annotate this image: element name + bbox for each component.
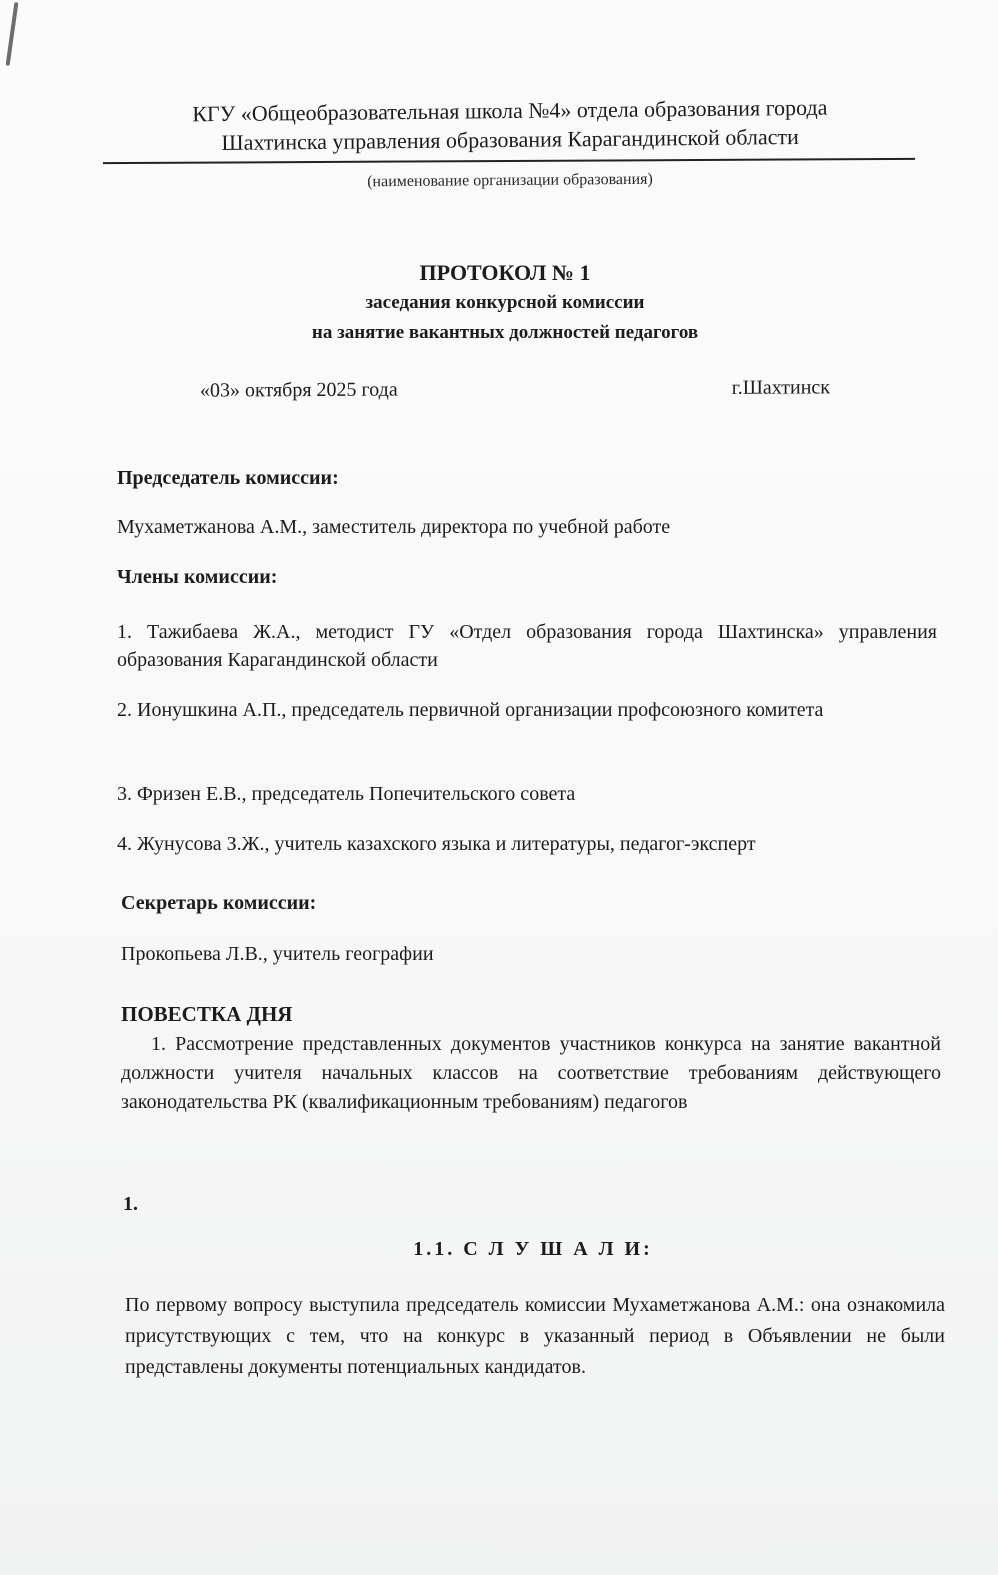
meeting-date: «03» октября 2025 года — [200, 379, 398, 403]
heard-text: По первому вопросу выступила председател… — [125, 1290, 945, 1383]
members-heading: Члены комиссии: — [117, 563, 937, 591]
header-underline — [103, 158, 915, 164]
protocol-subtitle-1: заседания конкурсной комиссии — [180, 288, 830, 318]
member-4: 4. Жунусова З.Ж., учитель казахского язы… — [117, 830, 937, 858]
document-page: КГУ «Общеобразовательная школа №4» отдел… — [0, 0, 998, 1575]
chair-text: Мухаметжанова А.М., заместитель директор… — [117, 513, 937, 541]
agenda-item-1: 1. Рассмотрение представленных документо… — [121, 1030, 941, 1117]
agenda-heading: ПОВЕСТКА ДНЯ — [121, 1000, 941, 1028]
member-1: 1. Тажибаева Ж.А., методист ГУ «Отдел об… — [117, 618, 937, 674]
secretary-heading: Секретарь комиссии: — [121, 889, 941, 917]
heard-subheading: 1.1. С Л У Ш А Л И: — [123, 1235, 943, 1263]
protocol-subtitle-2: на занятие вакантных должностей педагого… — [180, 318, 830, 348]
secretary-text: Прокопьева Л.В., учитель географии — [121, 940, 941, 968]
protocol-number: ПРОТОКОЛ № 1 — [180, 258, 830, 288]
section-number: 1. — [123, 1190, 943, 1218]
date-city-row: «03» октября 2025 года г.Шахтинск — [200, 376, 830, 402]
meeting-city: г.Шахтинск — [732, 376, 830, 400]
member-2: 2. Ионушкина А.П., председатель первично… — [117, 696, 937, 724]
protocol-title: ПРОТОКОЛ № 1 заседания конкурсной комисс… — [180, 258, 830, 348]
pen-mark — [6, 2, 19, 66]
organization-header: КГУ «Общеобразовательная школа №4» отдел… — [100, 92, 921, 159]
chair-heading: Председатель комиссии: — [117, 464, 937, 492]
member-3: 3. Фризен Е.В., председатель Попечительс… — [117, 780, 937, 808]
organization-caption: (наименование организации образования) — [100, 168, 920, 193]
